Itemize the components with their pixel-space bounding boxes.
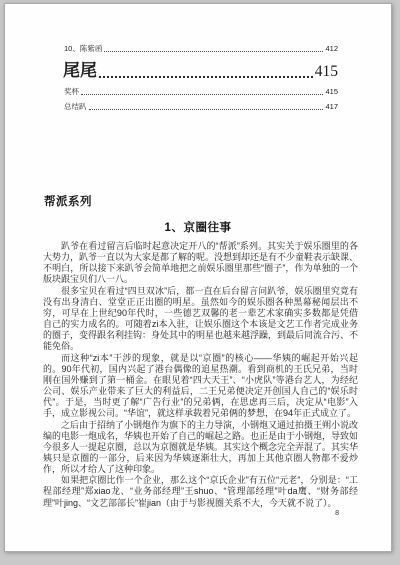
page-number: 8	[335, 510, 339, 517]
toc-entry[interactable]: 奖杯415	[64, 87, 338, 97]
toc-entry-label: 尾尾	[63, 61, 97, 81]
body-paragraph: 趴爷在看过留言后临时起意决定开八的“帮派”系列。其实关于娱乐圈里的各大势力，趴爷…	[43, 241, 358, 286]
series-title: 帮派系列	[44, 193, 92, 209]
body-paragraph: 如果把京圈比作一个企业，那么这个“京氏企业”有五位“元老”，分别是：“工程部经理…	[43, 475, 358, 508]
toc-entry-label: 奖杯	[64, 87, 79, 97]
toc-entry[interactable]: 10、陈紫函412	[64, 44, 338, 54]
toc-entry[interactable]: 尾尾415	[63, 61, 338, 81]
article-body: 趴爷在看过留言后临时起意决定开八的“帮派”系列。其实关于娱乐圈里的各大势力，趴爷…	[43, 241, 358, 509]
chapter-title: 1、京圈往事	[5, 219, 391, 235]
toc-entry-label: 总结趴	[64, 102, 87, 112]
dot-leader	[99, 76, 313, 78]
toc-entry-page: 415	[315, 62, 338, 81]
dot-leader	[104, 51, 323, 52]
toc-entry-page: 412	[325, 44, 338, 54]
toc-entry-page: 417	[325, 102, 338, 112]
body-paragraph: 很多宝贝在看过“四旦双冰”后，都一直在后台留言问趴爷，娱乐圈里究竟有没有出身清白…	[43, 286, 358, 353]
body-paragraph: 而这种“zi本”干涉的现象，就是以“京圈”的核心——华姨的崛起开始兴起的。90年…	[43, 353, 358, 420]
table-of-contents: 10、陈紫函412尾尾415奖杯415总结趴417	[64, 40, 338, 117]
document-page: 10、陈紫函412尾尾415奖杯415总结趴417 帮派系列 1、京圈往事 趴爷…	[4, 3, 392, 552]
body-paragraph: 之后由于招纳了小钢炮作为旗下的主力导演，小钢炮又通过拍摄王朔小说改编的电影一炮成…	[43, 420, 358, 476]
dot-leader	[81, 94, 323, 95]
toc-entry-page: 415	[325, 87, 338, 97]
toc-entry-label: 10、陈紫函	[64, 44, 102, 54]
dot-leader	[89, 109, 324, 110]
toc-entry[interactable]: 总结趴417	[64, 102, 338, 112]
